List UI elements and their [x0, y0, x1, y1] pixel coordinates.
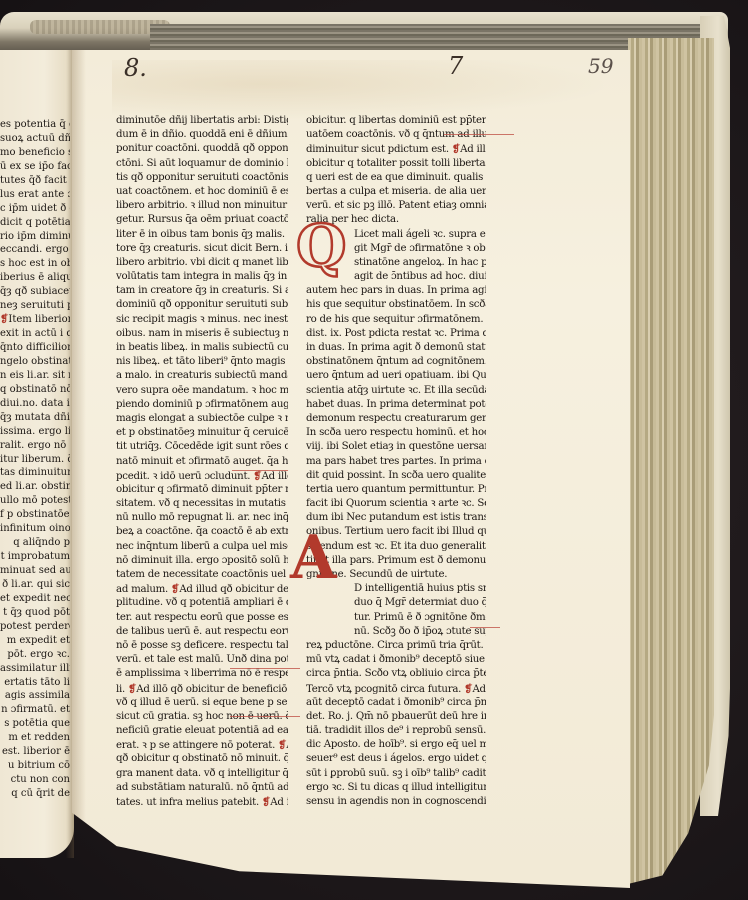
worn-spine-edge — [30, 20, 170, 34]
text-line: rio ip̄m diminuit — [0, 230, 70, 244]
text-line: q obstinatō nō — [0, 383, 70, 397]
text-line: aūt deceptō cadat i ðmonib⁹ circa p̄ntiā… — [306, 696, 486, 710]
text-line: ergo ꝛc. Si tu dicas q illud intelligitu… — [306, 781, 486, 795]
text-line: ū ex se ip̄o facie — [0, 160, 70, 174]
text-line: sūt i ꝑprobū suū. sꝫ i oīb⁹ talib⁹ cadit… — [306, 767, 486, 781]
text-line: ð li.ar. qui sic — [0, 578, 70, 592]
text-line: natō minuit et ɔfirmatō auget. q̄a hac u… — [116, 455, 288, 469]
paragraph-mark-icon: ❡ — [278, 739, 286, 751]
text-line: tates. ut infra melius patebit. ❡Ad illō… — [116, 795, 288, 809]
text-line: q̄ȝ qð subiacet. — [0, 285, 70, 299]
text-line: ma pars habet tres partes. In prima oste… — [306, 455, 486, 469]
text-line: diminutōe dñij libertatis arbi: Distiguē — [116, 114, 288, 128]
text-line: det. Ro. j. Qm̄ nō pbauerūt deū hre inot… — [306, 710, 486, 724]
text-line: tore q̄ȝ creaturis. sicut dicit Bern. i … — [116, 242, 288, 256]
text-line: dum ē in dñio. quoddā eni ē dñium qð op — [116, 128, 288, 142]
water-stain — [112, 60, 612, 120]
text-line: mū vtꝝ cadat i ðmonib⁹ deceptō siue erro… — [306, 653, 486, 667]
text-line: nis libeꝝ. et tāto liberi⁹ q̄nto magis d… — [116, 355, 288, 369]
text-line: n eis li.ar. sit ma — [0, 369, 70, 383]
text-line: uero q̄ntum ad ueri opatiuam. ibi Quoruȝ — [306, 369, 486, 383]
text-line: iberius ē aliquid — [0, 271, 70, 285]
text-line: q̄nto difficilior ē — [0, 341, 70, 355]
paragraph-mark-icon: ❡ — [253, 470, 261, 482]
text-line: ē amplissima ꝛ liberrima nō ē respectu m… — [116, 667, 288, 681]
text-line: seuer⁹ est deus i ágelos. ergo uidet q d… — [306, 752, 486, 766]
text-line: tis qð opponitur seruituti coactōnis. si… — [116, 171, 288, 185]
left-page-text-fragment: es potentia q̄ exitsuoꝝ actuū dña.mo ben… — [0, 118, 70, 801]
rubricated-initial-q: Q — [296, 216, 347, 276]
text-line: sic recipit magis ꝛ minus. nec inest equ… — [116, 313, 288, 327]
text-line: dic Aposto. de hoīb⁹. si ergo eq̄ uel ma… — [306, 738, 486, 752]
text-line: plitudine. vð q potentiā ampliari ē dupl… — [116, 596, 288, 610]
text-line: ctu non con — [0, 773, 70, 787]
text-line: dist. ix. Post pdicta restat ꝛc. Prima d… — [306, 327, 486, 341]
text-line: beꝝ a coactōne. q̄a coactō ē ab extrinse… — [116, 525, 288, 539]
text-line: sitatem. vð q necessitas in mutatis ad b… — [116, 497, 288, 511]
text-line: uatōem coactōnis. vð q q̄ntum ad illud n… — [306, 128, 486, 142]
folio-number-mark: 59 — [588, 54, 613, 78]
marginal-signature-mark: 8. — [124, 54, 147, 82]
text-line: ralit. ergo nō ē — [0, 439, 70, 453]
text-line: bertas a culpa et miseria. de alia uero … — [306, 185, 486, 199]
text-line: f p obstinatōes — [0, 508, 70, 522]
text-line: ponitur coactōni. quoddā qð opponit subi… — [116, 142, 288, 156]
text-line: sensu in agendis non in cognoscendis. — [306, 795, 486, 809]
text-line: libero arbitrio. vbi dicit q manet liber… — [116, 256, 288, 270]
text-line: facit ibi Quorum scientia ꝛ arte ꝛc. Sec… — [306, 497, 486, 511]
text-line: s potētia que — [0, 717, 70, 731]
text-line: scientia atq̄ȝ uirtute ꝛc. Et illa secūd… — [306, 384, 486, 398]
text-line: assimilatur illi — [0, 662, 70, 676]
text-line: t improbatum — [0, 550, 70, 564]
paragraph-mark-icon: ❡ — [128, 683, 136, 695]
text-line: obstinatōnem q̄ntum ad cognitōnem. scða — [306, 355, 486, 369]
text-line: his que sequitur obstinatōem. In scða ue — [306, 298, 486, 312]
text-line: q aliq̄ndo p — [0, 536, 70, 550]
text-line: q̄ȝ mutata dñis. — [0, 411, 70, 425]
text-line: ngelo obstinato — [0, 355, 70, 369]
marginal-number-mark: 7 — [448, 52, 463, 80]
red-rubric-line — [470, 627, 500, 628]
text-line: nō diminuit illa. ergo ɔpositō solū hꝫ u… — [116, 554, 288, 568]
text-line: q cū q̄rit de — [0, 787, 70, 801]
text-line: nec inq̄ntum liberū a culpa uel miseria.… — [116, 540, 288, 554]
text-line: tit utriq̄ȝ. Cōcedēde igit sunt rōes q o… — [116, 440, 288, 454]
text-line: ad substātiam naturalū. nō q̄ntū ad habi… — [116, 781, 288, 795]
rubricated-initial-a: A — [290, 528, 337, 588]
text-line: liter ē in oibus tam bonis q̄ȝ malis. tā… — [116, 228, 288, 242]
text-line: li. ❡Ad illō qð obicitur de beneficiō ꝛ … — [116, 682, 288, 696]
text-line: tatem de necessitate coactōnis uel ɔnita… — [116, 568, 288, 582]
text-line: nō ē posse sꝫ deficere. respectu taliū n… — [116, 639, 288, 653]
text-line: nū. Scðꝫ ðo ð ip̄oꝝ ɔtute sup — [306, 625, 486, 639]
text-line: magis elongat a subiectōe culpe ꝛ miseri… — [116, 412, 288, 426]
page-fore-edge-stack — [628, 38, 714, 884]
text-line: dit quid possint. In scða uero qualiter.… — [306, 469, 486, 483]
text-line: tertia uero quantum permittuntur. Primū — [306, 483, 486, 497]
text-line: diminuitur sicut pdictum est. ❡Ad illō q… — [306, 142, 486, 156]
text-line: dicit q potētia — [0, 216, 70, 230]
text-line: mo beneficio siue — [0, 146, 70, 160]
text-line: infinitum oino — [0, 522, 70, 536]
text-line: obicitur q ɔfirmatō diminuit pp̄ter nece… — [116, 483, 288, 497]
text-line: in beatis libeꝝ. in malis subiectū culpe… — [116, 341, 288, 355]
text-column-left: diminutōe dñij libertatis arbi: Distiguē… — [116, 114, 288, 809]
text-line: duo q̄ Mgr̄ determiat duo q̄ri — [306, 596, 486, 610]
text-line: ullo mō potest — [0, 494, 70, 508]
text-line: libero arbitrio. ꝛ illud non minuitur ne… — [116, 199, 288, 213]
text-line: tur. Primū ē ð ɔgnitōne ðmo — [306, 611, 486, 625]
paragraph-mark-icon: ❡ — [452, 143, 460, 155]
paragraph-mark-icon: ❡ — [464, 683, 472, 695]
red-rubric-line — [230, 668, 300, 669]
text-line: q ueri est de ea que diminuit. qualis es… — [306, 171, 486, 185]
text-line: es potentia q̄ exit — [0, 118, 70, 132]
text-line: ed li.ar. obstina — [0, 480, 70, 494]
text-line: gra manent data. vð q intelligitur q̄ntu… — [116, 767, 288, 781]
text-line: habet duas. In prima determinat potentiā — [306, 398, 486, 412]
text-line: in duas. In prima agit ð demonū statu po… — [306, 341, 486, 355]
text-line: qð obicitur q obstinatō nō minuit. q̄a i… — [116, 752, 288, 766]
text-line: tutes q̄ð facit im — [0, 174, 70, 188]
text-line: tiā. tradidit illos de⁹ i reprobū sensū.… — [306, 724, 486, 738]
text-line: neficiū gratie eleuat potentiā ad ea ad … — [116, 724, 288, 738]
text-line: agis assimila — [0, 689, 70, 703]
text-line: getur. Rursus q̄a oēm priuat coactōꝫ. eq… — [116, 213, 288, 227]
text-line: s hoc est in obsti — [0, 257, 70, 271]
paragraph-mark-icon: ❡ — [0, 314, 8, 325]
text-line: erat. ꝛ p se attingere nō poterat. ❡Ad i… — [116, 738, 288, 752]
text-line: circa p̄ntia. Scðo vtꝝ obliuio circa p̄t… — [306, 667, 486, 681]
paragraph-mark-icon: ❡ — [171, 583, 179, 595]
text-line: ro de his que sequitur ɔfirmatōnem. infr… — [306, 313, 486, 327]
text-line: volūtatis tam integra in malis q̄ȝ in bo… — [116, 270, 288, 284]
text-line: ter. aut respectu eorū que posse est pos… — [116, 611, 288, 625]
text-line: neȝ seruituti pcti — [0, 299, 70, 313]
text-line: reꝝ pductōne. Circa primū tria q̄rūt. Pr… — [306, 639, 486, 653]
text-line: piendo dominiū p ɔfirmatōnem augetur. q̄ — [116, 398, 288, 412]
page-block-top-edges — [150, 24, 710, 52]
text-line: c ip̄m uidet ð ob — [0, 202, 70, 216]
text-line: nū nullo mō repugnat li. ar. nec inq̄ntu… — [116, 511, 288, 525]
text-line: In scða uero respectu hominū. et hoc dis… — [306, 426, 486, 440]
text-line: issima. ergo li. — [0, 425, 70, 439]
text-line: u bitrium cō — [0, 759, 70, 773]
text-line: ctōni. Si aūt loquamur de dominio libert… — [116, 157, 288, 171]
text-line: potest perdere — [0, 620, 70, 634]
text-line: viij. ibi Solet etiaȝ in questōne uersar… — [306, 440, 486, 454]
paragraph-mark-icon: ❡ — [262, 796, 270, 808]
red-rubric-line — [232, 470, 288, 471]
text-line: lus erat ante ɔfir — [0, 188, 70, 202]
text-line: verū. et tale est malū. Unð dina potenti… — [116, 653, 288, 667]
text-line: ❡Item liberior — [0, 313, 70, 327]
right-gutter-shadow — [72, 50, 86, 888]
text-line: eccandi. ergo ma — [0, 243, 70, 257]
text-line: suoꝝ actuū dña. — [0, 132, 70, 146]
red-rubric-line — [444, 134, 514, 135]
text-line: a malo. in creaturis subiectū mandatis. … — [116, 369, 288, 383]
text-line: dominiū qð opponitur seruituti subiectōi… — [116, 298, 288, 312]
text-line: est. liberior ē — [0, 745, 70, 759]
text-line: minuat sed au — [0, 564, 70, 578]
text-line: m expedit et — [0, 634, 70, 648]
text-line: oibus. nam in miseris ē subiectuȝ miseri… — [116, 327, 288, 341]
text-line: diui.no. data in — [0, 397, 70, 411]
text-line: m et redden — [0, 731, 70, 745]
text-line: ad malum. ❡Ad illud qð obicitur de am — [116, 582, 288, 596]
red-rubric-line — [230, 716, 300, 717]
text-line: vero supra oēe mandatum. ꝛ hoc mō acci — [116, 384, 288, 398]
text-line: de talibus uerū ē. aut respectu eorū q̄ … — [116, 625, 288, 639]
text-line: exit in actū i quē — [0, 327, 70, 341]
text-line: et expedit nec — [0, 592, 70, 606]
text-line: Tercō vtꝝ pcognitō circa futura. ❡Ad — [306, 682, 486, 696]
text-line: pōt. ergo ꝛc. — [0, 648, 70, 662]
text-line: obicitur q totaliter possit tolli libert… — [306, 157, 486, 171]
text-line: t q̄ȝ quod pōt — [0, 606, 70, 620]
text-line: obicitur. q libertas dominiū est pp̄ter … — [306, 114, 486, 128]
text-line: vð q illud ē uerū. si eque bene p se pos… — [116, 696, 288, 710]
text-line: ertatis tāto li — [0, 676, 70, 690]
text-line: uat coactōnem. et hoc dominiū ē essentia… — [116, 185, 288, 199]
text-line: tas diminuitur. — [0, 466, 70, 480]
text-line: autem hec pars in duas. In prima agit de — [306, 284, 486, 298]
text-line: n ɔfirmatū. et — [0, 703, 70, 717]
text-line: et p obstinatōeȝ minuitur q̄ ceruicē sub… — [116, 426, 288, 440]
text-line: itur liberum. q̄a — [0, 453, 70, 467]
text-line: demonum respectu creaturarum generalit. — [306, 412, 486, 426]
text-line: tam in creatore q̄ȝ in creaturis. Si aūt… — [116, 284, 288, 298]
